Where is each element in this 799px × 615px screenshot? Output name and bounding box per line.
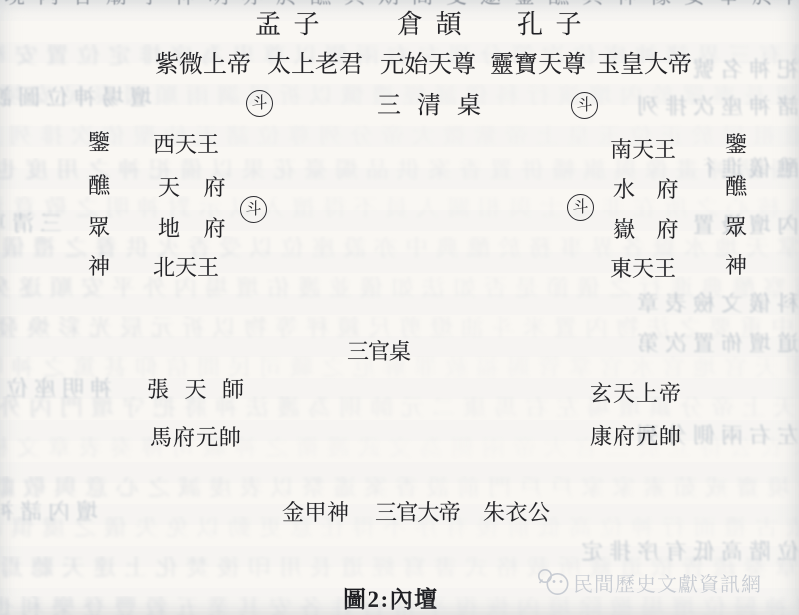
label-di-fu: 地 府: [158, 218, 235, 240]
label-mengzi: 孟 子: [255, 12, 323, 38]
dipper-character: 斗: [245, 202, 261, 218]
label-mafu-yuanshuai: 馬府元帥: [150, 427, 242, 449]
site-watermark: 民間歷史文獻資訊網: [536, 567, 762, 597]
label-tian-fu: 天 府: [158, 177, 235, 199]
label-east-heaven-king: 東天王: [610, 258, 676, 280]
dipper-character: 斗: [572, 200, 588, 216]
label-sanqing-table: 三 清 桌: [377, 94, 486, 118]
scanned-book-figure-page: 清壇之上設有三界諸神座位次第分列左右兩側以尊卑為序排定位置安奉 醮典進行時道長率…: [0, 0, 799, 615]
label-kangfu-yuanshuai: 康府元帥: [590, 426, 682, 448]
dipper-character: 斗: [251, 96, 267, 112]
dipper-lamp-symbol-left-block: 斗: [240, 196, 267, 223]
label-xuantian-shangdi: 玄天上帝: [590, 383, 682, 405]
label-lingbao-tianzun: 靈寶天尊: [490, 53, 586, 77]
label-zhuyi-gong: 朱衣公: [483, 502, 551, 524]
label-shui-fu: 水 府: [613, 179, 687, 201]
label-yuanshi-tianzun: 元始天尊: [380, 53, 476, 77]
dipper-character: 斗: [576, 98, 592, 114]
label-jinjia-shen: 金甲神: [282, 502, 350, 524]
label-sanguan-dadi: 三官大帝: [375, 502, 460, 524]
right-banner-char-zhong: 眾: [725, 217, 747, 239]
right-banner-char-shen: 神: [725, 255, 747, 277]
label-south-heaven-king: 南天王: [610, 139, 676, 161]
label-sanguan-table: 三官桌: [347, 341, 410, 363]
dipper-lamp-symbol-top-right: 斗: [571, 92, 598, 119]
right-banner-char-jiao: 醮: [725, 176, 747, 198]
label-taishang-laojun: 太上老君: [267, 53, 363, 77]
left-banner-char-zhong: 眾: [88, 217, 110, 239]
watermark-text: 民間歷史文獻資訊網: [573, 568, 762, 597]
label-north-heaven-king: 北天王: [153, 257, 219, 279]
left-banner-char-jian: 鑒: [88, 132, 110, 154]
label-ziwei-shangdi: 紫微上帝: [155, 53, 251, 77]
label-cangjie: 倉 頡: [397, 12, 465, 38]
label-yue-fu: 嶽 府: [613, 219, 687, 241]
label-west-heaven-king: 西天王: [153, 134, 219, 156]
right-banner-char-jian: 鑒: [725, 134, 747, 156]
label-yuhuang-dadi: 玉皇大帝: [596, 53, 692, 77]
left-banner-char-shen: 神: [88, 256, 110, 278]
chat-bubbles-logo-icon: [536, 567, 570, 597]
label-zhang-tianshi: 張 天 師: [147, 379, 249, 401]
dipper-lamp-symbol-right-block: 斗: [567, 194, 594, 221]
left-banner-char-jiao: 醮: [88, 175, 110, 197]
dipper-lamp-symbol-top-left: 斗: [246, 90, 273, 117]
label-kongzi: 孔 子: [517, 12, 585, 38]
figure-caption: 圖2:內壇: [343, 581, 439, 614]
inner-altar-diagram: 孟 子 倉 頡 孔 子 紫微上帝 太上老君 元始天尊 靈寶天尊 玉皇大帝 斗 三…: [0, 0, 799, 615]
